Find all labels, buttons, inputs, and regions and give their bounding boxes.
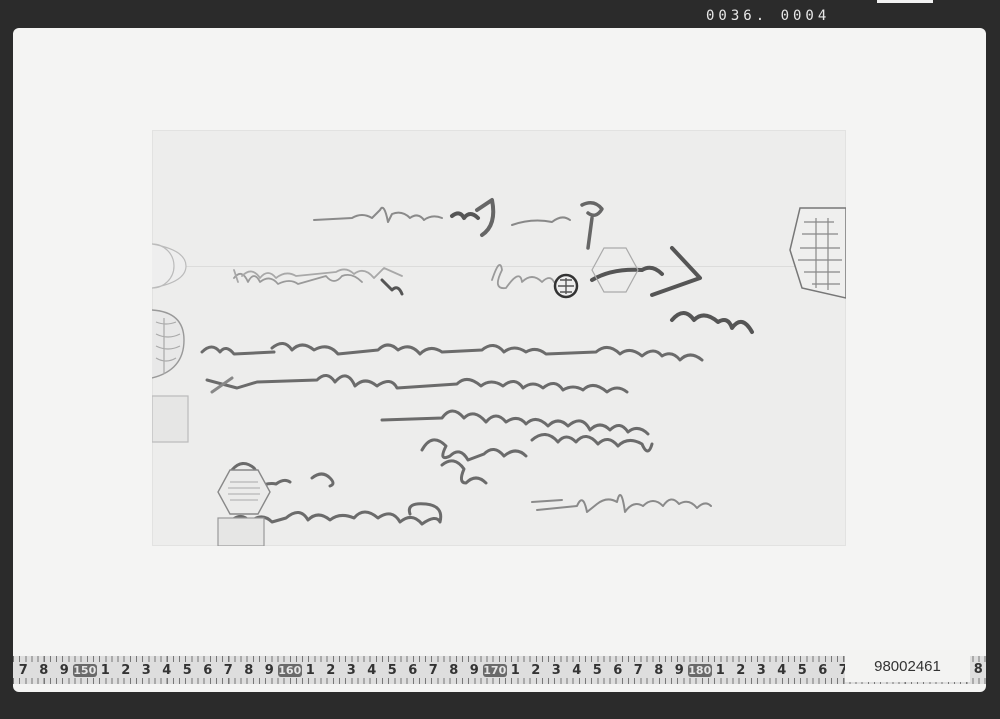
catalog-number-label: 98002461 [845,650,970,682]
ruler-label: 6 [198,663,219,678]
ruler-label: 3 [136,663,157,678]
ruler-label: 9 [669,663,690,678]
ruler-major-label: 170 [483,664,507,677]
ruler-label: 7 [423,663,444,678]
ruler-label: 1 [710,663,731,678]
ruler-label: 5 [177,663,198,678]
ruler-label: 4 [362,663,383,678]
ruler-label: 1 [505,663,526,678]
seal-semicircle-left [152,244,186,288]
ruler-label: 9 [259,663,280,678]
ruler-label: 6 [813,663,834,678]
date-line [532,495,711,512]
letter-document [152,130,846,546]
ruler-label: 1 [95,663,116,678]
address-line [314,200,602,248]
ruler-ticks-bottom [13,678,986,684]
ruler-label: 2 [116,663,137,678]
seal-square-left [152,396,188,442]
ruler-major-label: 150 [73,664,97,677]
ruler-major-label: 180 [688,664,712,677]
ruler-label: 7 [13,663,34,678]
ruler-label: 3 [751,663,772,678]
ruler-major-label: 160 [278,664,302,677]
ruler-label: 2 [731,663,752,678]
ruler-label: 6 [403,663,424,678]
ruler-trailing-label: 8 [968,662,986,677]
ruler-label: 6 [608,663,629,678]
measuring-ruler: 7 8 9 150 1 2 3 4 5 6 7 8 9 160 1 2 3 4 … [13,656,986,684]
ruler-label: 4 [567,663,588,678]
seal-square-top-right [790,208,846,298]
ruler-label: 7 [628,663,649,678]
ruler-label: 9 [464,663,485,678]
seal-square-bottom-left [218,518,264,546]
ruler-label: 9 [54,663,75,678]
ruler-label: 3 [546,663,567,678]
film-corner-tab [877,0,933,3]
film-frame-id: 0036. 0004 [706,8,830,24]
seal-round-dark [555,275,577,297]
ruler-label: 8 [34,663,55,678]
ruler-label: 2 [526,663,547,678]
ruler-label: 5 [382,663,403,678]
ruler-labels: 7 8 9 150 1 2 3 4 5 6 7 8 9 160 1 2 3 4 … [13,662,986,678]
handwriting-and-seals [152,130,846,546]
ruler-label: 5 [792,663,813,678]
ruler-label: 8 [239,663,260,678]
ruler-label: 5 [587,663,608,678]
ruler-label: 4 [772,663,793,678]
body-text [202,313,752,524]
ruler-label: 4 [157,663,178,678]
ruler-label: 2 [321,663,342,678]
seal-round-left [152,310,184,378]
ruler-label: 7 [218,663,239,678]
seal-hexagon-bottom-left [218,470,270,514]
ruler-label: 3 [341,663,362,678]
ruler-label: 8 [444,663,465,678]
ruler-label: 8 [649,663,670,678]
ruler-label: 1 [300,663,321,678]
